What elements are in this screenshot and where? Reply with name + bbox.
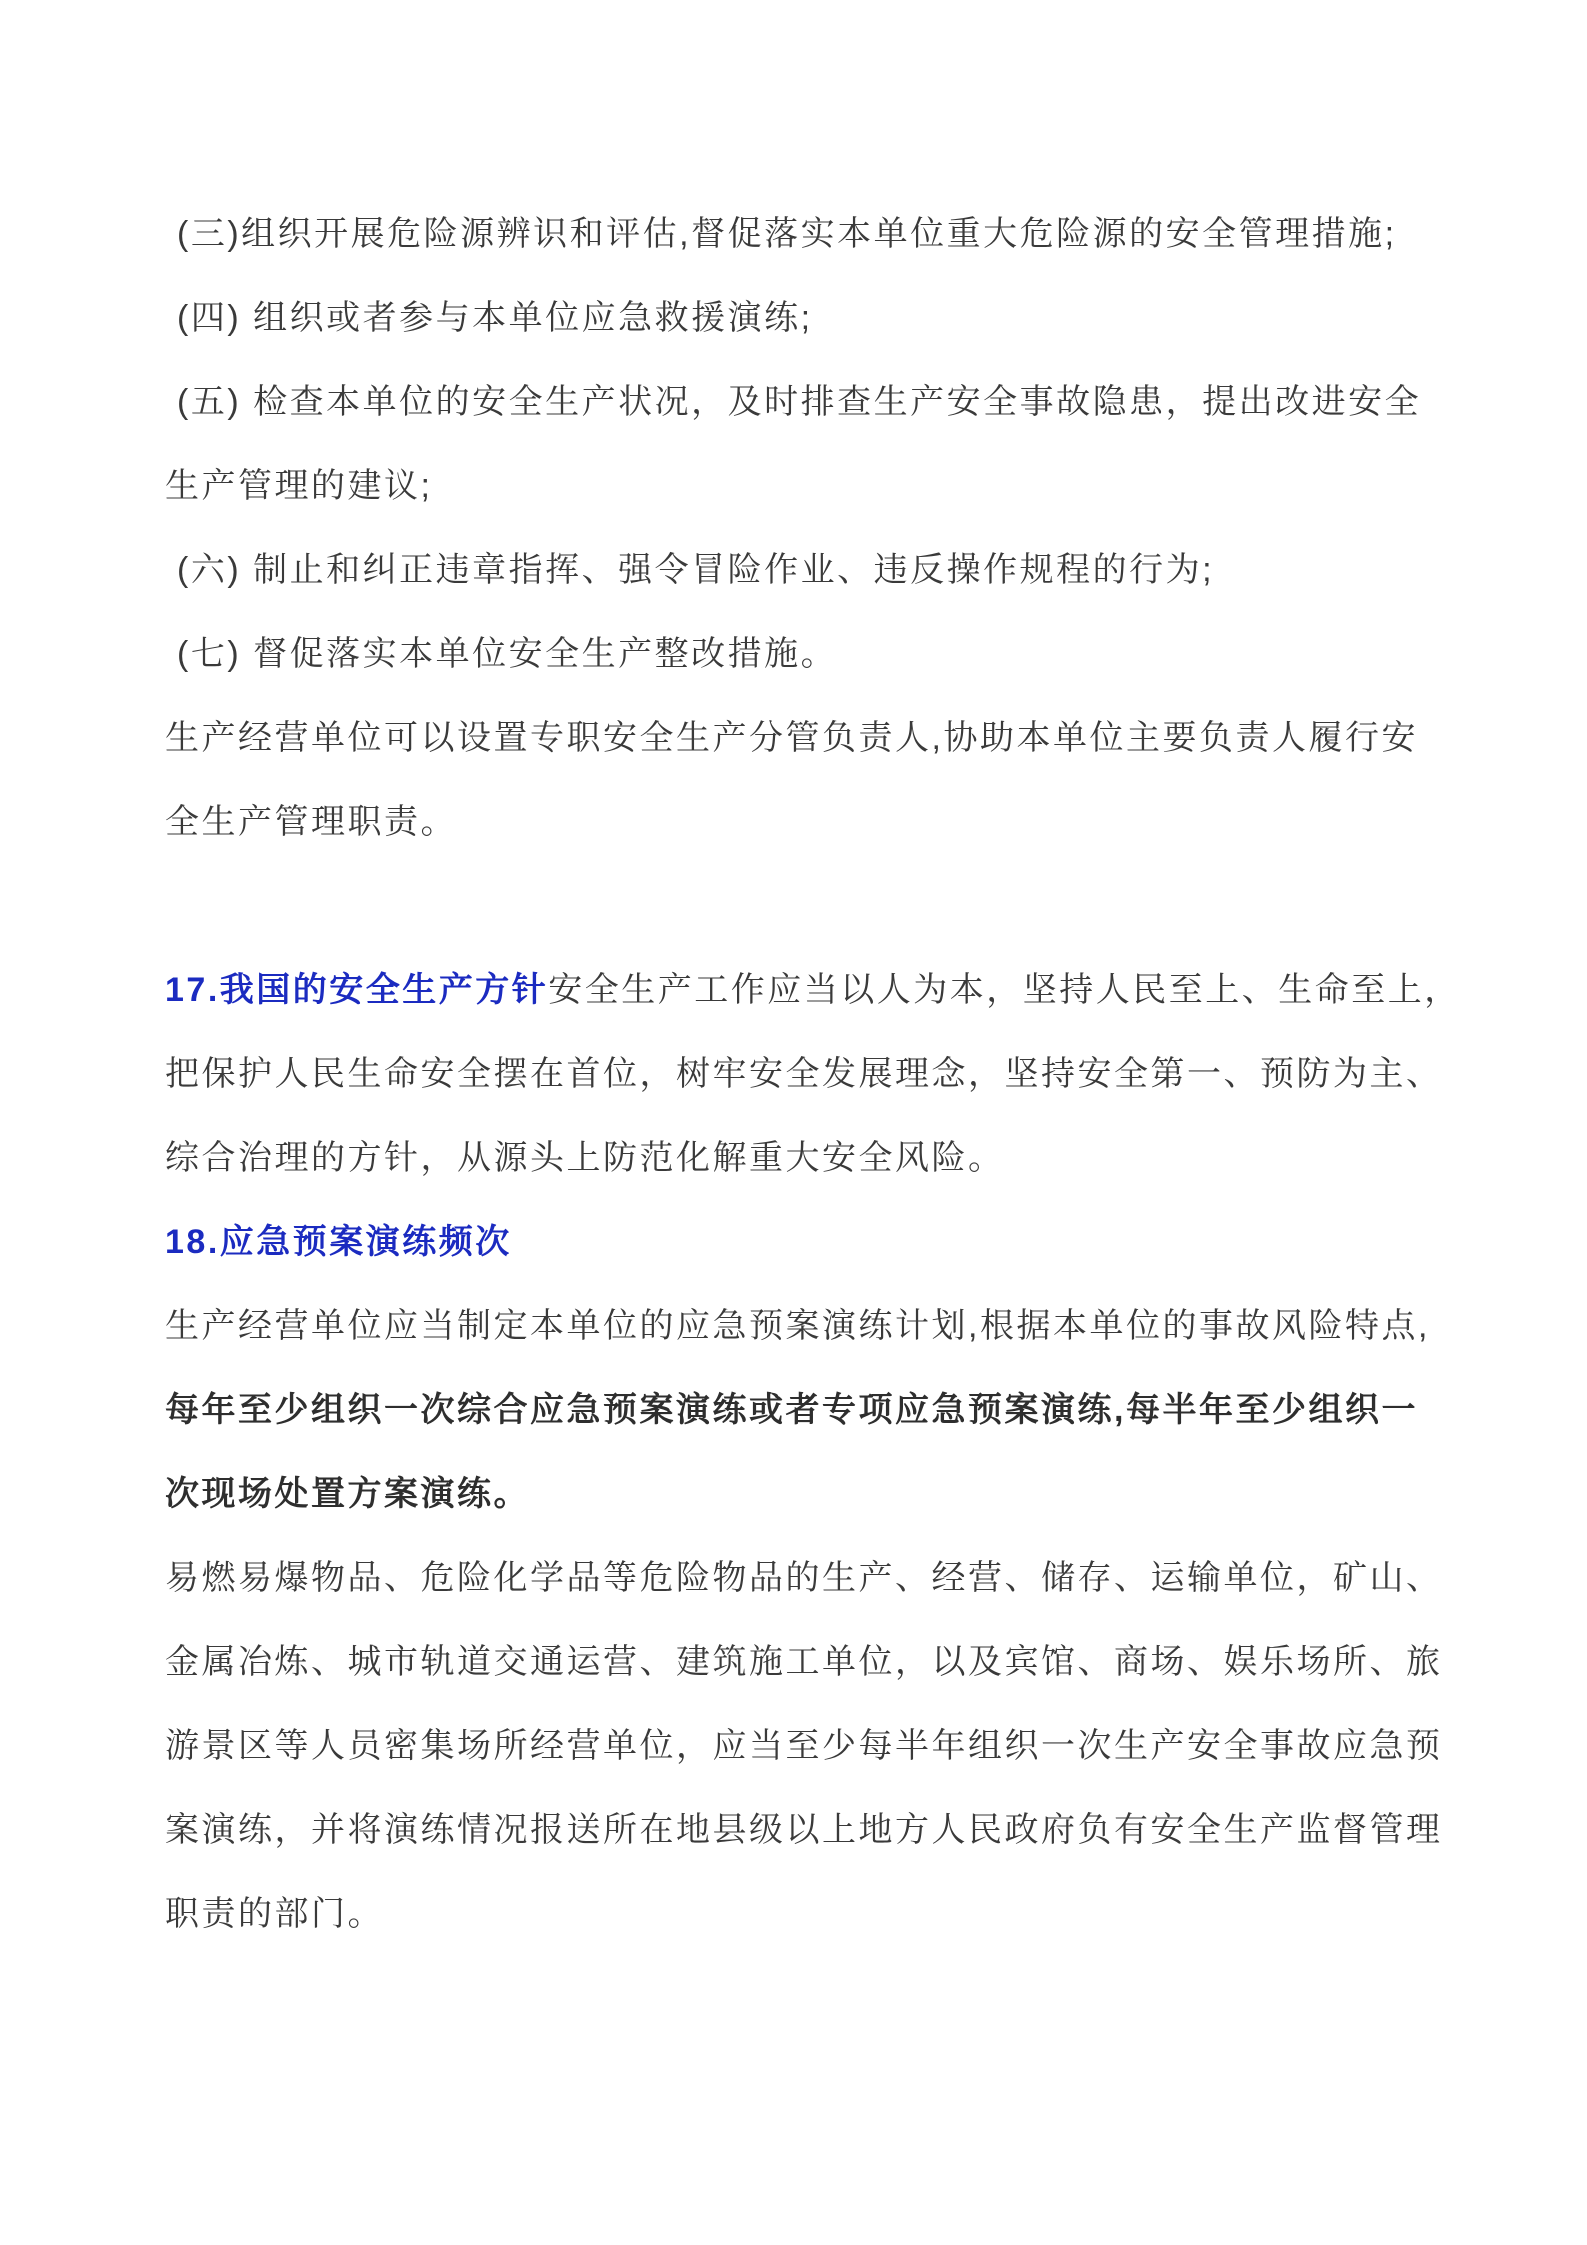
body-text: 安全生产工作应当以人为本，坚持人民至上、生命至上， [548,971,1461,1009]
body-text: 综合治理的方针，从源头上防范化解重大安全风险。 [165,1139,1005,1177]
body-text: (三)组织开展危险源辨识和评估,督促落实本单位重大危险源的安全管理措施; [177,215,1397,253]
text-line: 次现场处置方案演练。 [165,1452,1437,1536]
emphasis-text: 次现场处置方案演练。 [165,1475,530,1513]
text-line: 全生产管理职责。 [165,780,1437,864]
blank-line [165,864,1437,948]
body-text: (五) 检查本单位的安全生产状况，及时排查生产安全事故隐患，提出改进安全 [177,383,1421,421]
body-text: 职责的部门。 [165,1895,384,1933]
body-text: 生产经营单位可以设置专职安全生产分管负责人,协助本单位主要负责人履行安 [165,719,1418,757]
body-text: 生产经营单位应当制定本单位的应急预案演练计划,根据本单位的事故风险特点, [165,1307,1430,1345]
text-line: 综合治理的方针，从源头上防范化解重大安全风险。 [165,1116,1437,1200]
text-line: (六) 制止和纠正违章指挥、强令冒险作业、违反操作规程的行为; [165,528,1437,612]
text-line: (七) 督促落实本单位安全生产整改措施。 [165,612,1437,696]
text-line: (五) 检查本单位的安全生产状况，及时排查生产安全事故隐患，提出改进安全 [165,360,1437,444]
body-text: (六) 制止和纠正违章指挥、强令冒险作业、违反操作规程的行为; [177,551,1214,589]
body-text: 生产管理的建议; [165,467,432,505]
body-text: 全生产管理职责。 [165,803,457,841]
emphasis-text: 每年至少组织一次综合应急预案演练或者专项应急预案演练,每半年至少组织一 [165,1391,1418,1429]
section-heading-text: 18.应急预案演练频次 [165,1223,512,1261]
text-line: 每年至少组织一次综合应急预案演练或者专项应急预案演练,每半年至少组织一 [165,1368,1437,1452]
body-text: 把保护人民生命安全摆在首位，树牢安全发展理念，坚持安全第一、预防为主、 [165,1055,1443,1093]
body-text: 金属冶炼、城市轨道交通运营、建筑施工单位，以及宾馆、商场、娱乐场所、旅 [165,1643,1443,1681]
text-line: 生产经营单位可以设置专职安全生产分管负责人,协助本单位主要负责人履行安 [165,696,1437,780]
text-line: 游景区等人员密集场所经营单位，应当至少每半年组织一次生产安全事故应急预 [165,1704,1437,1788]
document-page: (三)组织开展危险源辨识和评估,督促落实本单位重大危险源的安全管理措施;(四) … [0,0,1587,2245]
text-line: 把保护人民生命安全摆在首位，树牢安全发展理念，坚持安全第一、预防为主、 [165,1032,1437,1116]
section-heading-text: 17.我国的安全生产方针 [165,971,548,1009]
text-line: 生产经营单位应当制定本单位的应急预案演练计划,根据本单位的事故风险特点, [165,1284,1437,1368]
text-line: 生产管理的建议; [165,444,1437,528]
body-text: (七) 督促落实本单位安全生产整改措施。 [177,635,837,673]
body-text: 易燃易爆物品、危险化学品等危险物品的生产、经营、储存、运输单位，矿山、 [165,1559,1443,1597]
text-line: 18.应急预案演练频次 [165,1200,1437,1284]
text-line: 金属冶炼、城市轨道交通运营、建筑施工单位，以及宾馆、商场、娱乐场所、旅 [165,1620,1437,1704]
text-line: 案演练，并将演练情况报送所在地县级以上地方人民政府负有安全生产监督管理 [165,1788,1437,1872]
text-line: 易燃易爆物品、危险化学品等危险物品的生产、经营、储存、运输单位，矿山、 [165,1536,1437,1620]
text-line: (三)组织开展危险源辨识和评估,督促落实本单位重大危险源的安全管理措施; [165,192,1437,276]
body-text: 案演练，并将演练情况报送所在地县级以上地方人民政府负有安全生产监督管理 [165,1811,1443,1849]
body-text: 游景区等人员密集场所经营单位，应当至少每半年组织一次生产安全事故应急预 [165,1727,1443,1765]
text-line: 17.我国的安全生产方针安全生产工作应当以人为本，坚持人民至上、生命至上， [165,948,1437,1032]
text-line: 职责的部门。 [165,1872,1437,1956]
body-text: (四) 组织或者参与本单位应急救援演练; [177,299,813,337]
document-body: (三)组织开展危险源辨识和评估,督促落实本单位重大危险源的安全管理措施;(四) … [0,0,1587,1956]
text-line: (四) 组织或者参与本单位应急救援演练; [165,276,1437,360]
